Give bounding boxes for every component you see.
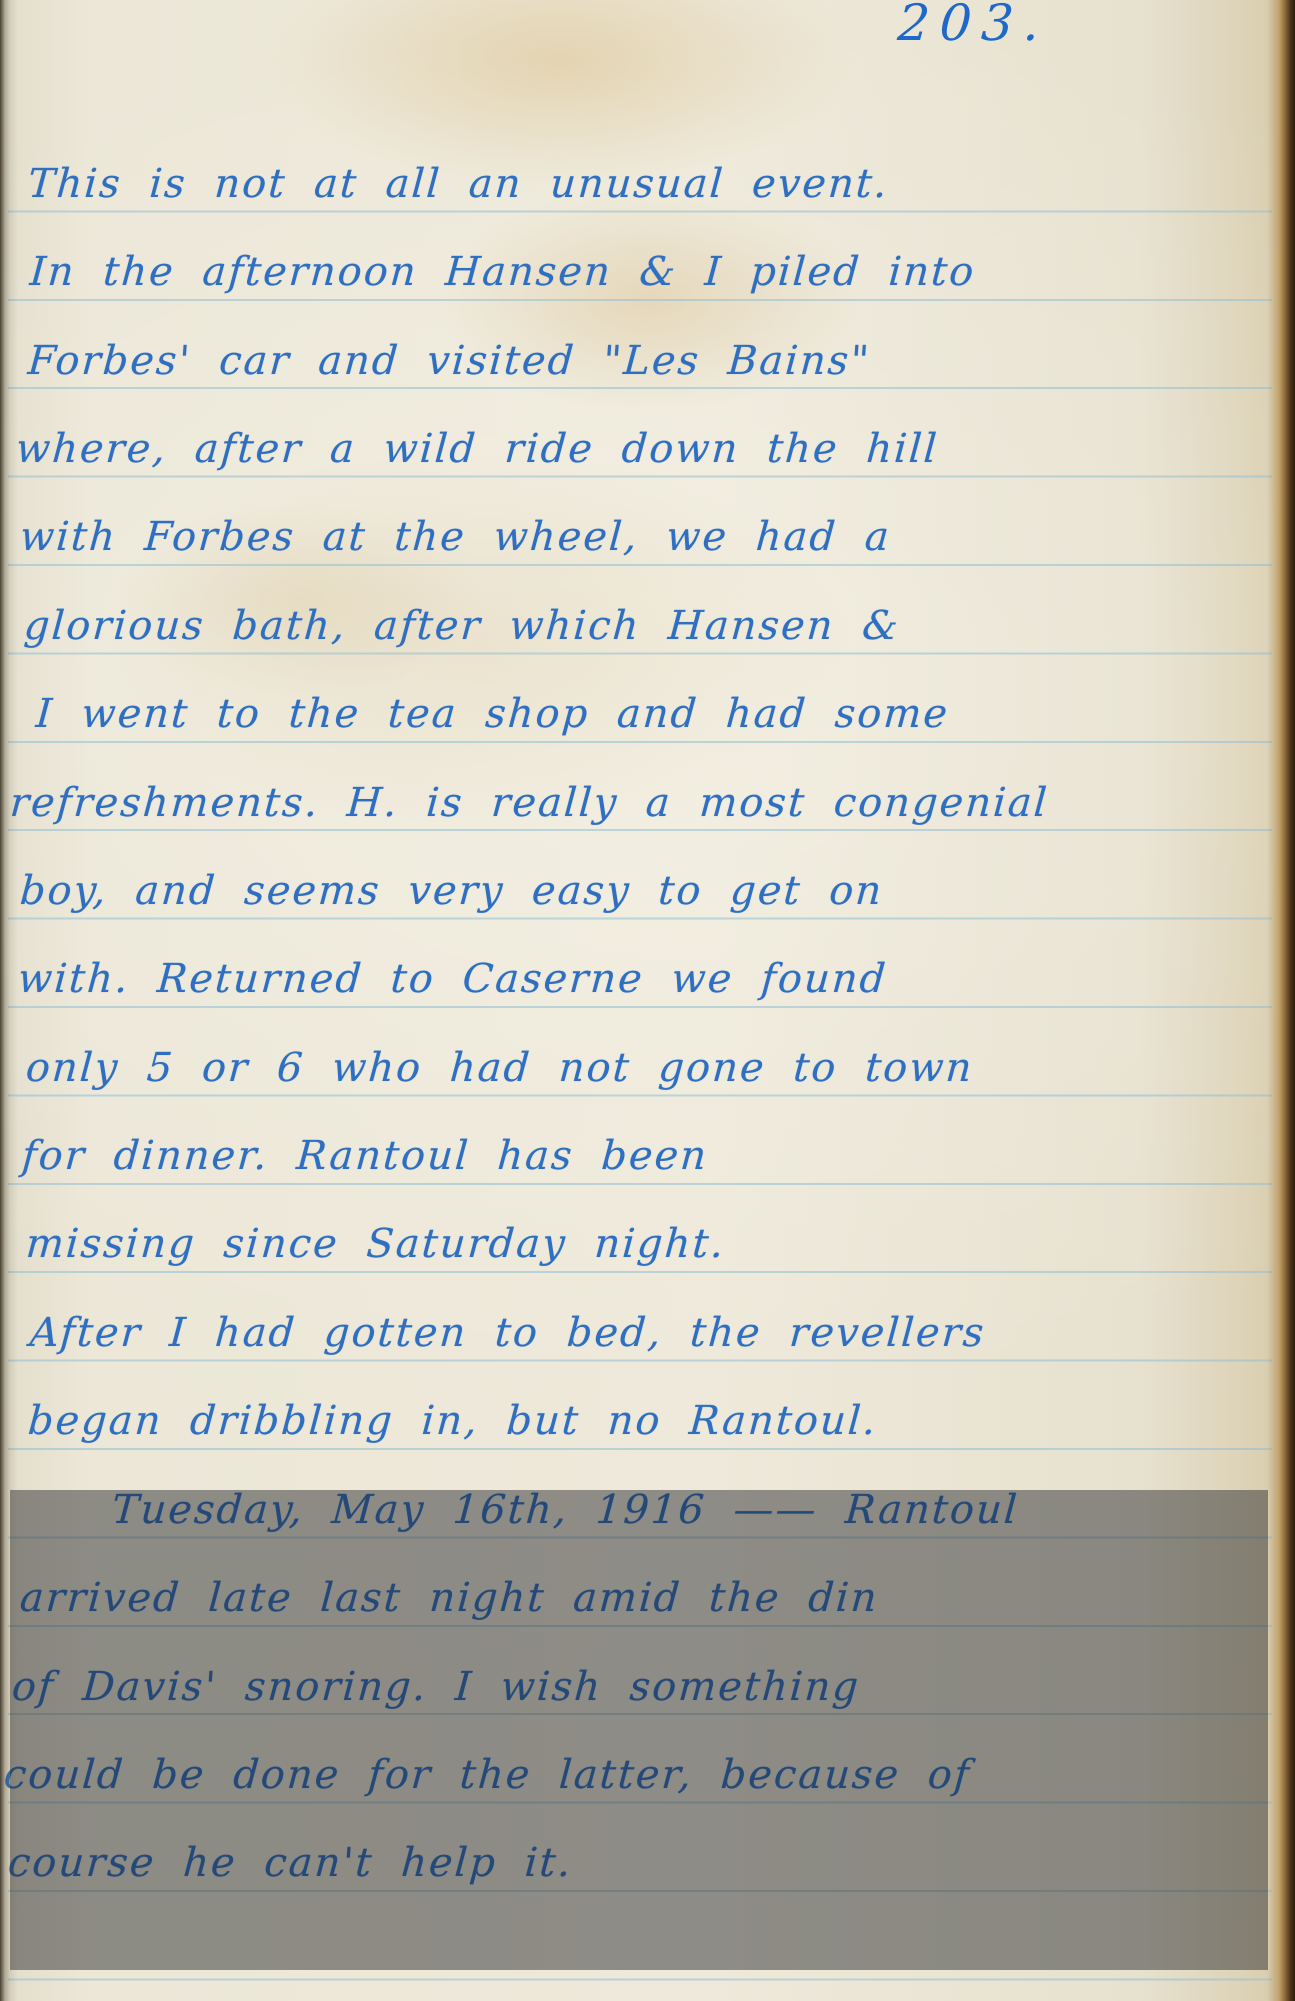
- handwritten-line: After I had gotten to bed, the revellers: [28, 1302, 988, 1364]
- diary-page: 203. This is not at all an unusual event…: [0, 0, 1295, 2001]
- handwritten-line: could be done for the latter, because of: [2, 1744, 973, 1806]
- handwritten-line: missing since Saturday night.: [24, 1213, 728, 1275]
- handwritten-line: refreshments. H. is really a most congen…: [8, 772, 1051, 834]
- handwritten-line: for dinner. Rantoul has been: [20, 1125, 710, 1187]
- handwritten-line: glorious bath, after which Hansen &: [22, 595, 902, 657]
- handwritten-line: with. Returned to Caserne we found: [16, 948, 890, 1010]
- handwritten-line: In the afternoon Hansen & I piled into: [28, 241, 978, 303]
- handwritten-line: This is not at all an unusual event.: [26, 153, 891, 215]
- selection-overlay: [10, 1490, 1268, 1970]
- page-number: 203.: [896, 0, 1051, 52]
- handwritten-line: only 5 or 6 who had not gone to town: [24, 1037, 976, 1099]
- handwritten-line: boy, and seems very easy to get on: [18, 860, 886, 922]
- handwritten-line: Forbes' car and visited "Les Bains": [26, 330, 873, 392]
- page-right-edge: [1267, 0, 1295, 2001]
- page-left-edge: [0, 0, 18, 2001]
- handwritten-line-date-heading: Tuesday, May 16th, 1916 —— Rantoul: [110, 1479, 1021, 1541]
- handwritten-line: with Forbes at the wheel, we had a: [18, 506, 893, 568]
- handwritten-line: I went to the tea shop and had some: [34, 683, 951, 745]
- handwritten-line: of Davis' snoring. I wish something: [10, 1656, 862, 1718]
- handwritten-line: course he can't help it.: [6, 1832, 575, 1894]
- handwritten-line: began dribbling in, but no Rantoul.: [26, 1390, 880, 1452]
- handwritten-line: arrived late last night amid the din: [18, 1567, 881, 1629]
- handwritten-line: where, after a wild ride down the hill: [14, 418, 941, 480]
